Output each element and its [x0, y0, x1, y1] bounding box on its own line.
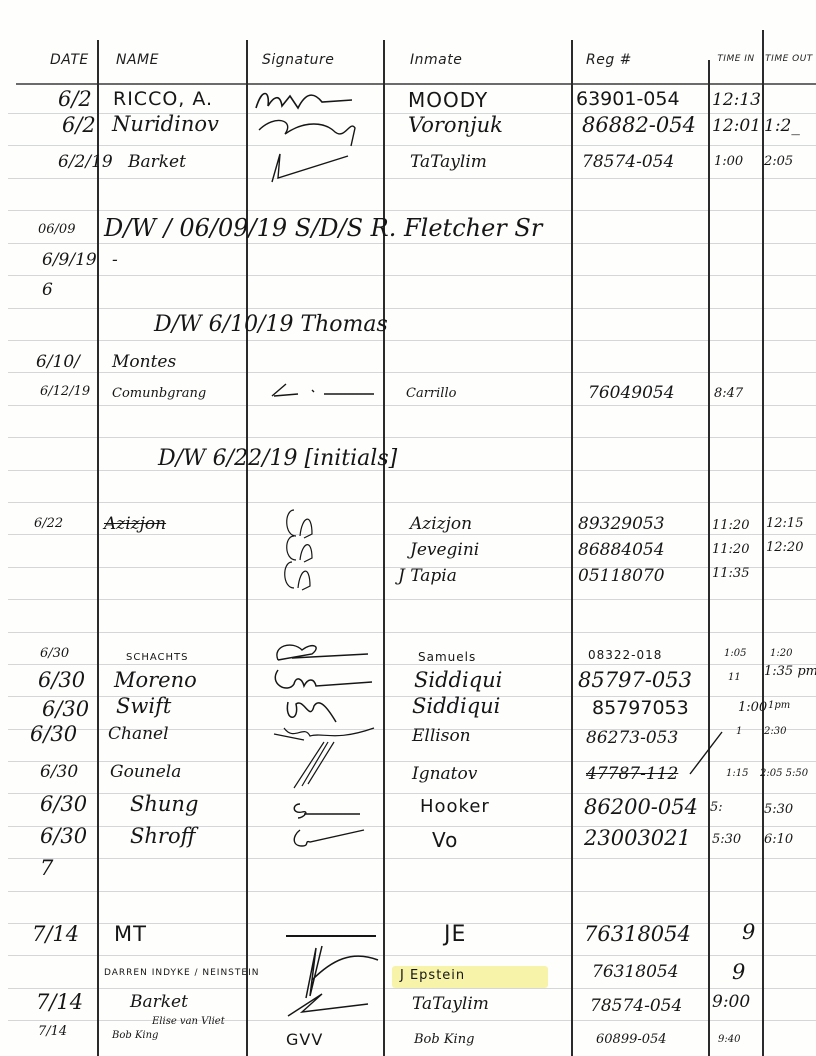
note-text: D/W / 06/09/19 S/D/S R. Fletcher Sr: [104, 214, 542, 242]
row-inmate: Jevegini: [410, 540, 479, 560]
row-inmate: Vo: [432, 828, 458, 852]
signature-scribble: [290, 798, 370, 822]
duty-warden-note: D/W 6/22/19 [initials]: [158, 446, 397, 471]
row-time-in: 12:13: [712, 90, 761, 110]
row-time-in: 9: [742, 920, 755, 944]
row-reg: 76318054: [592, 962, 679, 982]
row-date: 6/30: [40, 762, 78, 782]
signature-scribble: [255, 110, 375, 150]
row-date: 7/14: [36, 990, 83, 1014]
row-time-in: 12:01: [712, 116, 761, 136]
row-inmate: Ignatov: [412, 764, 477, 784]
row-time-out: 12:20: [766, 540, 803, 555]
row-name: Barket: [128, 152, 186, 172]
row-reg: 86882-054: [582, 113, 696, 137]
strike-line: [686, 728, 726, 778]
header-rule: [16, 83, 816, 85]
row-inmate: TaTaylim: [412, 994, 489, 1014]
row-time-in: 11: [728, 672, 741, 683]
row-reg: 85797053: [592, 697, 689, 719]
initials-scribble: [280, 558, 320, 598]
row-inmate: Siddiqui: [412, 694, 500, 718]
row-date: 6/30: [38, 668, 85, 692]
row-name: Swift: [116, 694, 171, 718]
note-date: 6/9/19: [42, 250, 97, 270]
row-time-in: 9: [732, 960, 745, 984]
row-time-out: 2:05: [764, 154, 793, 169]
row-date: 6/10/: [36, 352, 80, 372]
row-name: RICCO, A.: [113, 88, 213, 110]
row-name: Chanel: [108, 724, 169, 744]
row-time-in: 1:05: [724, 648, 746, 659]
row-time-out: 1:20: [770, 648, 792, 659]
row-reg: 63901-054: [576, 88, 680, 110]
row-time-out: 1pm: [768, 700, 790, 711]
row-reg: 78574-054: [590, 996, 682, 1016]
row-time-in: 11:20: [712, 518, 749, 533]
row-signature: GVV: [286, 1030, 323, 1049]
row-time-out: 12:15: [766, 516, 803, 531]
note-date: 06/09: [38, 222, 75, 237]
row-date: 6/2/19: [58, 152, 113, 172]
row-name-note: Elise van Vliet: [152, 1016, 225, 1027]
column-divider: [97, 40, 99, 1056]
header-reg: Reg #: [586, 52, 632, 68]
log-page: DATE NAME Signature Inmate Reg # TIME IN…: [0, 0, 816, 1056]
row-date: 6/30: [40, 824, 87, 848]
row-reg: 78574-054: [582, 152, 674, 172]
signature-scribble: [282, 990, 372, 1020]
row-time-in: 1:00: [714, 154, 743, 169]
signature-scribble: [290, 826, 370, 852]
row-reg: 05118070: [578, 566, 665, 586]
column-divider: [762, 30, 764, 1056]
row-inmate: J Epstein: [400, 968, 465, 983]
row-name: MT: [114, 922, 147, 946]
signature-scribble: [258, 148, 358, 188]
row-name: Azizjon: [104, 514, 166, 534]
row-time-in: 11:35: [712, 566, 749, 581]
row-name: Montes: [112, 352, 176, 372]
header-name: NAME: [116, 52, 159, 68]
row-date: 6/2: [62, 113, 96, 137]
signature-scribble: [268, 380, 378, 402]
row-reg: 89329053: [578, 514, 665, 534]
row-inmate: Voronjuk: [408, 113, 503, 137]
row-reg: 76049054: [588, 383, 675, 403]
row-reg: 86884054: [578, 540, 665, 560]
row-name: Gounela: [110, 762, 181, 782]
row-date: 6/30: [40, 792, 87, 816]
row-inmate: MOODY: [408, 88, 488, 112]
row-inmate: Hooker: [420, 796, 490, 817]
row-time-out: 5:30: [764, 802, 793, 817]
row-date: 6/30: [40, 646, 69, 661]
row-time-out: 1:35 pm: [764, 664, 816, 679]
note-date: 6: [42, 280, 53, 300]
row-date: 7/14: [32, 922, 79, 946]
header-time-out: TIME OUT: [764, 54, 814, 64]
row-inmate: Bob King: [414, 1032, 474, 1047]
note-dash: -: [112, 250, 118, 270]
row-name: Shung: [130, 792, 198, 816]
column-divider: [708, 60, 710, 1056]
row-inmate: Siddiqui: [414, 668, 502, 692]
row-reg: 08322-018: [588, 648, 662, 662]
row-inmate: J Tapia: [398, 566, 457, 586]
row-time-in: 9:40: [718, 1034, 740, 1045]
duty-warden-note: D/W 6/10/19 Thomas: [154, 312, 388, 337]
row-time-in: 1: [736, 726, 742, 737]
row-reg: 76318054: [584, 922, 691, 946]
row-date: 6/2: [58, 87, 92, 111]
column-divider: [383, 40, 385, 1056]
signature-scribble: [264, 722, 384, 792]
row-name: Shroff: [130, 824, 195, 848]
row-time-in: 5:: [710, 800, 723, 815]
row-inmate: Carrillo: [406, 386, 456, 401]
row-time-in: 5:30: [712, 832, 741, 847]
row-reg: 85797-053: [578, 668, 692, 692]
row-inmate: JE: [444, 922, 466, 947]
row-time-in: 1:15: [726, 768, 748, 779]
row-date: 6/30: [30, 722, 77, 746]
row-time-out: 2:05 5:50: [760, 768, 808, 779]
row-time-out: 2:30: [764, 726, 786, 737]
row-date: 6/30: [42, 697, 89, 721]
row-inmate: Azizjon: [410, 514, 472, 534]
row-time-in: 9:00: [712, 992, 750, 1012]
row-name: Comunbgrang: [112, 386, 206, 401]
row-reg: 86200-054: [584, 795, 698, 819]
row-name: Bob King: [112, 1030, 158, 1041]
column-divider: [571, 40, 573, 1056]
row-name: Moreno: [114, 668, 197, 692]
row-time-in: 1:00: [738, 700, 767, 715]
header-signature: Signature: [262, 52, 334, 68]
row-time-in: 11:20: [712, 542, 749, 557]
header-time-in: TIME IN: [712, 54, 760, 64]
row-reg: 60899-054: [596, 1032, 667, 1047]
row-reg: 47787-112: [586, 764, 678, 784]
row-time-out: 1:2_: [764, 116, 800, 136]
column-divider: [246, 40, 248, 1056]
row-date: 6/22: [34, 516, 63, 531]
row-date: 6/12/19: [40, 384, 90, 399]
row-date: 7/14: [38, 1024, 67, 1039]
row-name: DARREN INDYKE / NEINSTEIN: [104, 968, 259, 978]
row-inmate: Ellison: [412, 726, 471, 746]
row-date: 7: [40, 856, 53, 880]
row-name: SCHACHTS: [126, 652, 188, 663]
header-inmate: Inmate: [410, 52, 462, 68]
row-time-in: 8:47: [714, 386, 743, 401]
row-time-out: 6:10: [764, 832, 793, 847]
row-inmate: TaTaylim: [410, 152, 487, 172]
row-name: Nuridinov: [112, 112, 219, 136]
row-reg: 23003021: [584, 826, 691, 850]
row-reg: 86273-053: [586, 728, 678, 748]
row-name: Barket: [130, 992, 188, 1012]
header-date: DATE: [50, 52, 89, 68]
row-inmate: Samuels: [418, 650, 476, 664]
